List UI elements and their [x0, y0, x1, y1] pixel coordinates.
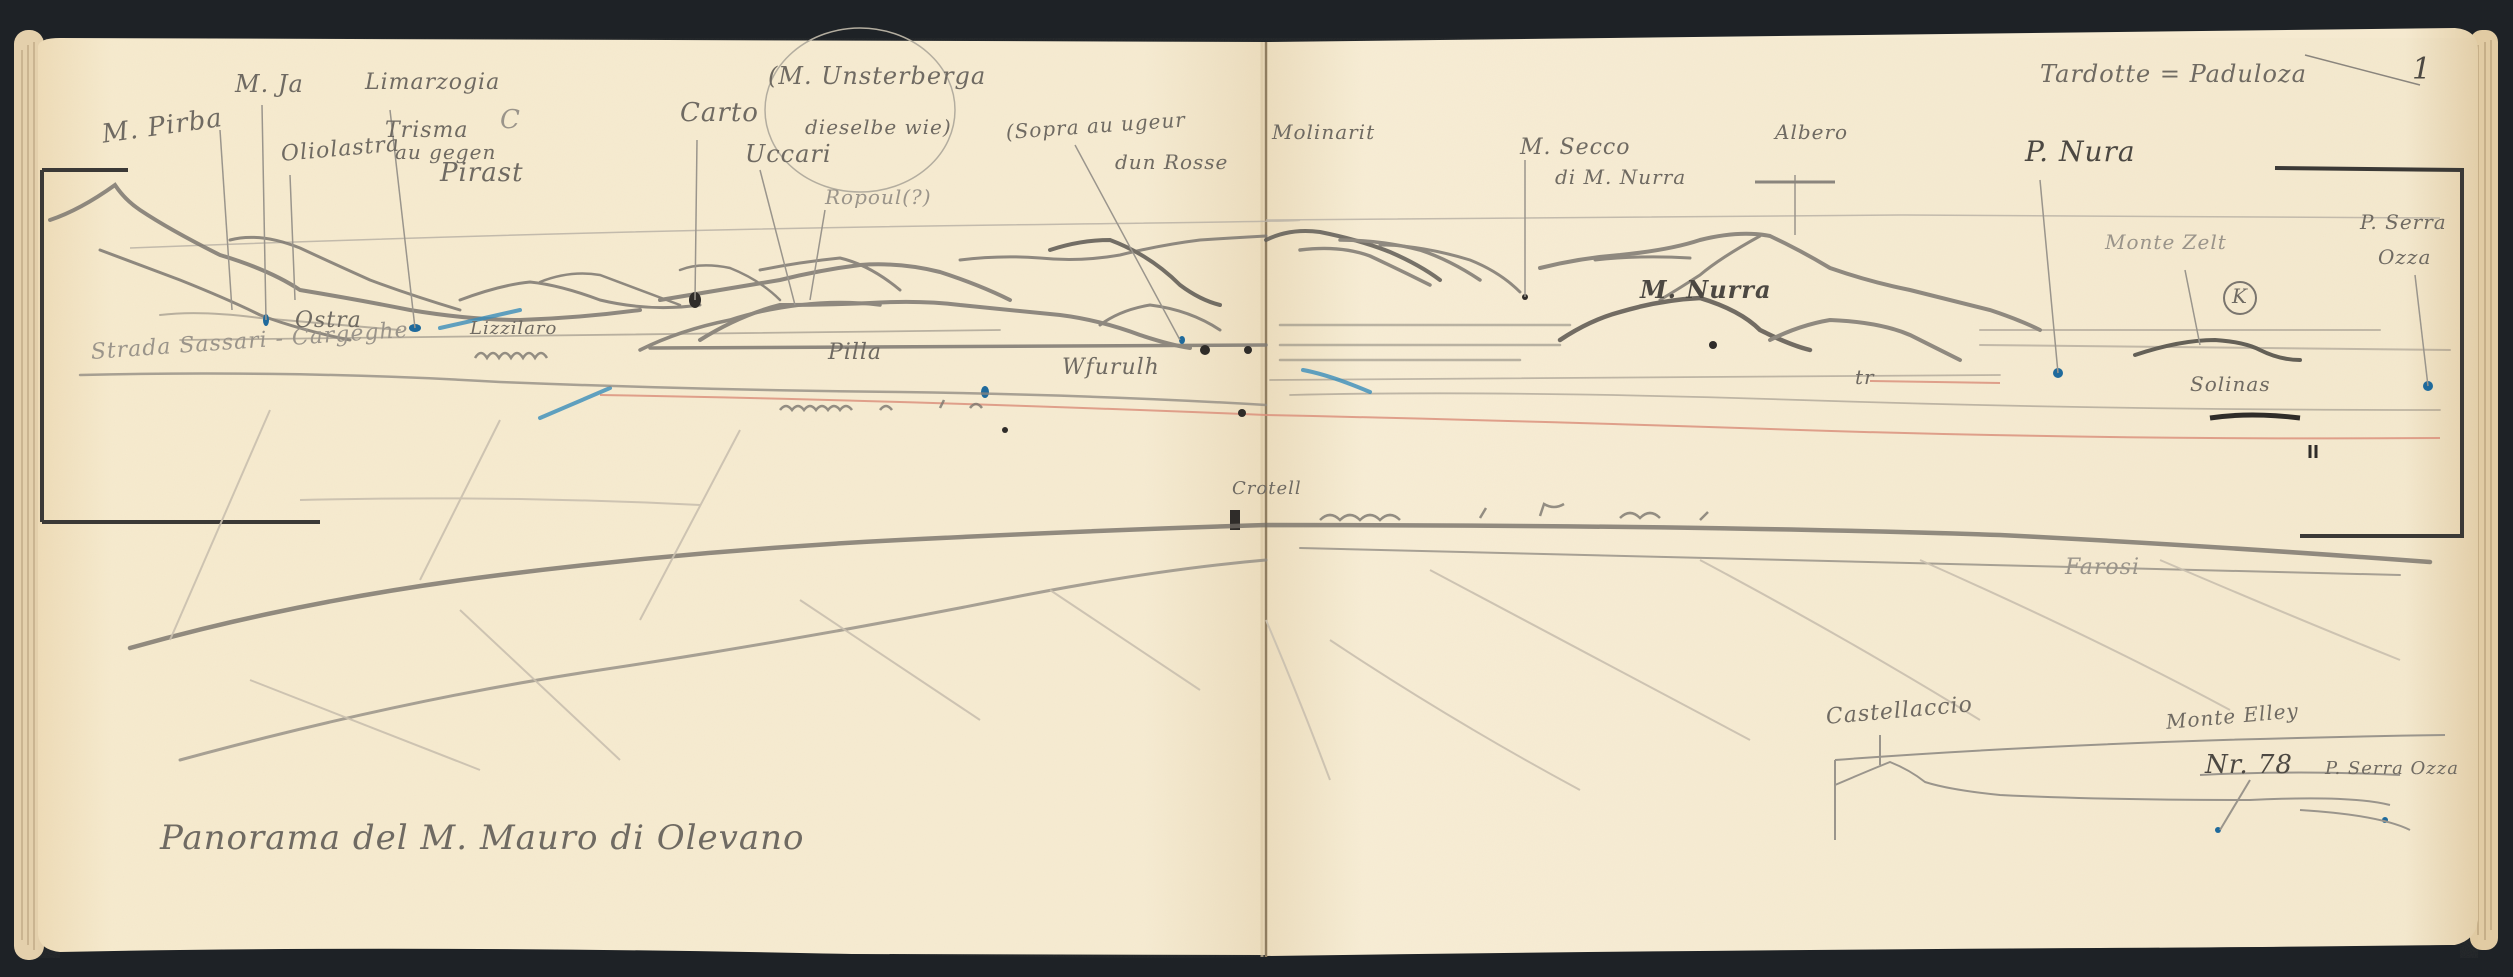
label-k-symbol: K — [2232, 284, 2248, 308]
label-pilla: Pilla — [828, 340, 882, 365]
label-pirast: Pirast — [440, 158, 524, 188]
label-solinas: Solinas — [2190, 372, 2271, 396]
label-m-ja: M. Ja — [235, 70, 304, 98]
label-uccari: Uccari — [745, 140, 832, 168]
label-dieselbe: dieselbe wie) — [805, 115, 952, 139]
label-m-secco: M. Secco — [1520, 135, 1631, 160]
label-unsterberga: (M. Unsterberga — [768, 62, 986, 90]
label-limarzogia: Limarzogia — [365, 70, 500, 95]
label-carto: Carto — [680, 98, 759, 128]
label-farosi: Farosi — [2065, 555, 2140, 580]
page-number: 1 — [2412, 52, 2432, 87]
label-ropoul: Ropoul(?) — [825, 185, 932, 209]
label-c: C — [500, 105, 521, 135]
page-caption: Panorama del M. Mauro di Olevano — [160, 818, 805, 858]
label-crotell: Crotell — [1232, 478, 1302, 499]
label-di-m-nurra: di M. Nurra — [1555, 165, 1686, 189]
label-p-nura: P. Nura — [2025, 135, 2136, 168]
label-nr-78: Nr. 78 — [2205, 750, 2293, 780]
label-dun-rosse: dun Rosse — [1115, 150, 1228, 174]
sketchbook-scan: M. Pirba M. Ja Limarzogia Trisma C Oliol… — [0, 0, 2513, 977]
label-tr: tr — [1855, 365, 1875, 389]
label-lizzilaro: Lizzilaro — [470, 318, 557, 339]
label-ozza: Ozza — [2378, 245, 2431, 269]
label-m-nurra: M. Nurra — [1640, 275, 1772, 304]
label-p-serra-ozza: P. Serra Ozza — [2325, 758, 2459, 779]
label-albero: Albero — [1775, 120, 1848, 144]
label-tardotte: Tardotte = Paduloza — [2040, 60, 2307, 88]
label-molinarit: Molinarit — [1272, 120, 1375, 144]
label-monte-zelt: Monte Zelt — [2105, 230, 2227, 254]
label-wfurulh: Wfurulh — [1062, 355, 1160, 380]
label-p-serra: P. Serra — [2360, 210, 2447, 234]
